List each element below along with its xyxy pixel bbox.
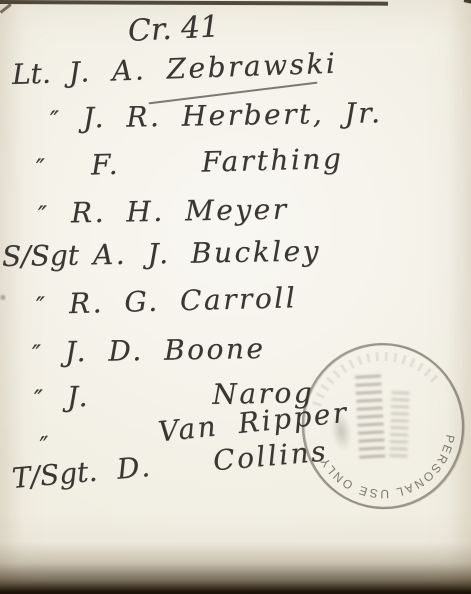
top-left-corner-tick: [0, 3, 11, 13]
roster-line: ″J. D. Boone: [32, 332, 266, 369]
ditto-mark: ″: [38, 201, 47, 229]
rank-label: T/Sgt.: [11, 455, 99, 495]
name-text: F. Farthing: [91, 142, 344, 182]
crew-title: Cr. 41: [127, 9, 220, 49]
name-text: J. A. Zebrawski: [68, 47, 338, 89]
left-edge-speck: [0, 293, 6, 302]
name-text: J. R. Herbert, Jr.: [83, 96, 383, 134]
ditto-mark: ″: [34, 385, 43, 413]
roster-line: ″J. R. Herbert, Jr.: [50, 96, 383, 135]
roster-line: ″F. Farthing: [36, 142, 344, 183]
bottom-edge-shadow: [0, 542, 471, 594]
roster-line: ″R. G. Carroll: [36, 281, 298, 321]
ditto-mark: ″: [39, 431, 51, 460]
name-text: R. H. Meyer: [71, 193, 289, 230]
ditto-mark: ″: [32, 340, 41, 368]
ditto-mark: ″: [36, 292, 46, 320]
rank-label: Lt.: [11, 57, 51, 91]
top-right-corner-mark: [464, 0, 471, 4]
top-edge-line: [0, 0, 388, 5]
roster-line: ″R. H. Meyer: [38, 193, 289, 230]
name-text: J. D. Boone: [65, 332, 266, 368]
ditto-mark: ″: [50, 106, 59, 134]
name-text: R. G. Carroll: [69, 281, 298, 320]
photo-back: PERSONAL USE ONLY Cr. 41 Lt.J. A. Zebraw…: [0, 0, 471, 594]
roster-line: S/SgtA. J. Buckley: [2, 234, 321, 273]
stamp-interior-smudge: [355, 373, 385, 458]
name-text: A. J. Buckley: [93, 234, 322, 271]
rank-label: S/Sgt: [2, 239, 80, 273]
stamp-interior-smudge: [389, 387, 409, 458]
ditto-mark: ″: [36, 154, 46, 182]
